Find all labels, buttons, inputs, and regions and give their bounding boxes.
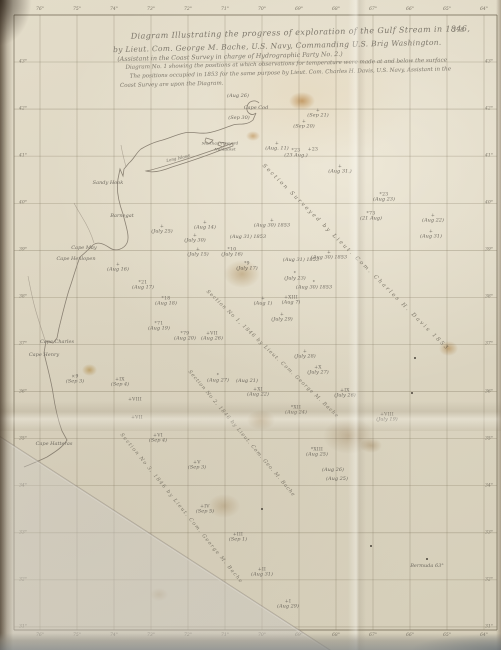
observation-point: +(July 30) [184, 234, 206, 245]
latitude-label-left: 40° [19, 201, 27, 206]
latitude-label-right: 42° [485, 107, 493, 112]
point-date-label: (Sep 4) [149, 439, 167, 445]
point-date-label: (Aug 29) [277, 605, 299, 611]
observation-point: +II(Aug 31) [251, 568, 273, 579]
point-date-label: (Aug 31) [420, 235, 442, 241]
observation-point: +V(Sep 3) [188, 461, 206, 472]
point-date-label: (Aug 30) 1853 [296, 286, 332, 292]
place-label: Cape Cod [244, 105, 269, 111]
latitude-label-left: 38° [19, 295, 27, 300]
point-date-label: (July 27) [307, 371, 329, 377]
point-date-label: (Aug 25) [326, 477, 348, 483]
point-date-label: (July 17) [236, 267, 258, 273]
section-label: Section No 2, 1846 by Lieut. Com. Geo. M… [187, 369, 297, 498]
longitude-label-top: 72° [184, 7, 192, 12]
observation-point: +(Aug 16) [107, 263, 129, 274]
observation-point: *23(23 Aug.) [284, 149, 307, 160]
observation-point: +(July 25) [151, 225, 173, 236]
point-station-numeral: +23 [308, 147, 318, 152]
observation-point: +(Sep 21) [307, 109, 328, 120]
latitude-label-left: 33° [19, 530, 27, 535]
longitude-label-top: 66° [406, 7, 414, 12]
page-number: 378 [452, 26, 464, 34]
observation-point: (Sep 30) [228, 116, 249, 122]
point-date-label: (Aug 27) [207, 379, 229, 385]
ink-speck [414, 357, 416, 359]
observation-point: +I(Aug 29) [277, 600, 299, 611]
point-date-label: (Aug 17) [132, 286, 154, 292]
longitude-label-bottom: 72° [184, 633, 192, 638]
ink-speck [370, 545, 372, 547]
place-label: Cape May [71, 245, 96, 251]
point-date-label: (July 16) [221, 253, 243, 259]
observation-point: +23 [308, 147, 318, 152]
point-date-label: (July 30) [184, 239, 206, 245]
observation-point: *(July 23) [284, 272, 306, 283]
place-label: Nantucket [214, 147, 235, 152]
longitude-label-top: 70° [258, 7, 266, 12]
latitude-label-left: 41° [19, 154, 27, 159]
latitude-label-right: 32° [485, 577, 493, 582]
point-date-label: (Aug 18) [155, 302, 177, 308]
observation-point: +(July 28) [294, 350, 316, 361]
observation-point: +IX(Sep 4) [111, 378, 129, 389]
latitude-label-left: 39° [19, 248, 27, 253]
point-date-label: (Aug 31.) [328, 170, 351, 176]
ink-speck [411, 392, 413, 394]
longitude-label-bottom: 70° [258, 633, 266, 638]
point-date-label: (Aug 14) [194, 226, 216, 232]
point-date-label: (July 19) [376, 418, 398, 424]
point-date-label: (Sep 30) [228, 116, 249, 122]
point-date-label: (Aug 31) 1853 [230, 235, 266, 241]
observation-point: +VII [131, 415, 143, 420]
ink-speck [426, 558, 428, 560]
observation-point: *21(Aug 17) [132, 281, 154, 292]
longitude-label-top: 68° [332, 7, 340, 12]
section-label: Section No 1, 1846 by Lieut. Com. George… [205, 289, 340, 420]
observation-point: +(July 29) [271, 313, 293, 324]
latitude-label-right: 39° [485, 248, 493, 253]
longitude-label-bottom: 68° [332, 633, 340, 638]
point-date-label: (Aug 25) [306, 453, 328, 459]
point-date-label: (Aug 22) [247, 393, 269, 399]
longitude-label-top: 71° [221, 7, 229, 12]
point-date-label: (Aug 22) [422, 219, 444, 225]
observation-point: +IX(July 26) [334, 389, 356, 400]
observation-point: (Aug 26) [322, 468, 344, 474]
observation-point: +VI(Sep 4) [149, 434, 167, 445]
point-date-label: (Aug 16) [107, 268, 129, 274]
latitude-label-left: 37° [19, 342, 27, 347]
latitude-label-right: 34° [485, 483, 493, 488]
observation-point: *71(Aug 19) [148, 322, 170, 333]
observation-point: *73(21 Aug) [360, 212, 382, 223]
longitude-label-bottom: 69° [295, 633, 303, 638]
latitude-label-right: 36° [485, 389, 493, 394]
observation-point: +(Aug 1) [254, 297, 273, 308]
map-labels-layer: 76°76°75°75°74°74°73°73°72°72°71°71°70°7… [0, 0, 501, 650]
longitude-label-bottom: 76° [36, 633, 44, 638]
longitude-label-bottom: 71° [221, 633, 229, 638]
point-date-label: (Aug 31) [251, 573, 273, 579]
latitude-label-left: 34° [19, 483, 27, 488]
longitude-label-bottom: 65° [443, 633, 451, 638]
point-date-label: (23 Aug.) [284, 154, 307, 160]
observation-point: *18(Aug 18) [155, 297, 177, 308]
point-date-label: (Sep 4) [111, 383, 129, 389]
observation-point: (Aug 31) 1853 [283, 258, 319, 264]
latitude-label-right: 41° [485, 154, 493, 159]
observation-point: +(Aug 22) [422, 214, 444, 225]
longitude-label-top: 76° [36, 7, 44, 12]
point-station-numeral: +VII [131, 415, 143, 420]
longitude-label-top: 69° [295, 7, 303, 12]
point-date-label: (Aug 26) [201, 337, 223, 343]
observation-point: +(Aug 31.) [328, 165, 351, 176]
point-date-label: (July 28) [294, 355, 316, 361]
longitude-label-top: 75° [73, 7, 81, 12]
point-date-label: (Aug 24) [285, 411, 307, 417]
observation-point: (Aug 25) [326, 477, 348, 483]
place-label: Sandy Hook [93, 180, 124, 186]
point-date-label: (July 29) [271, 318, 293, 324]
place-label: Long Island [166, 153, 190, 163]
observation-point: ×9(Sep 3) [66, 375, 84, 386]
observation-point: *79(Aug 20) [174, 332, 196, 343]
observation-point: *10(July 16) [221, 248, 243, 259]
latitude-label-left: 42° [19, 107, 27, 112]
point-date-label: (Sep 3) [66, 380, 84, 386]
point-date-label: (Sep 1) [229, 538, 247, 544]
point-date-label: (21 Aug) [360, 217, 382, 223]
observation-point: (Aug 31) 1853 [230, 235, 266, 241]
longitude-label-bottom: 74° [110, 633, 118, 638]
place-label: Marthas Vineyard [202, 141, 238, 146]
ink-speck [261, 508, 263, 510]
scanned-map-sheet: 76°76°75°75°74°74°73°73°72°72°71°71°70°7… [0, 0, 501, 650]
observation-point: (Aug 26) [227, 94, 249, 100]
place-label: Cape Henry [29, 352, 59, 358]
point-date-label: (July 23) [284, 277, 306, 283]
latitude-label-left: 32° [19, 577, 27, 582]
point-date-label: (Aug 1) [254, 302, 273, 308]
observation-point: +III(Sep 1) [229, 533, 247, 544]
section-label: Section No 3, 1846 by Lieut. Com. George… [119, 432, 244, 585]
longitude-label-top: 74° [110, 7, 118, 12]
longitude-label-top: 65° [443, 7, 451, 12]
latitude-label-right: 31° [485, 624, 493, 629]
point-date-label: (July 25) [151, 230, 173, 236]
point-date-label: (Aug 26) [227, 94, 249, 100]
point-station-numeral: +VIII [128, 397, 142, 402]
latitude-label-right: 35° [485, 436, 493, 441]
observation-point: +(Sep 20) [293, 120, 314, 131]
point-date-label: (Sep 20) [293, 125, 314, 131]
observation-point: +IV(Sep 5) [196, 505, 214, 516]
point-date-label: (Aug 30) 1853 [254, 224, 290, 230]
observation-point: +(Aug 31) [420, 230, 442, 241]
latitude-label-left: 35° [19, 436, 27, 441]
point-date-label: (Sep 3) [188, 466, 206, 472]
point-date-label: (July 26) [334, 394, 356, 400]
observation-point: (Aug 21) [236, 379, 258, 385]
place-label: Barnegat [110, 213, 133, 219]
longitude-label-top: 73° [147, 7, 155, 12]
longitude-label-bottom: 64° [480, 633, 488, 638]
point-date-label: (Aug 21) [236, 379, 258, 385]
longitude-label-bottom: 67° [369, 633, 377, 638]
place-label: Cape Hatteras [36, 441, 73, 447]
observation-point: *23(Aug 23) [373, 193, 395, 204]
place-label: Cape Charles [40, 339, 74, 345]
observation-point: +VIII [128, 397, 142, 402]
latitude-label-right: 43° [485, 60, 493, 65]
longitude-label-bottom: 73° [147, 633, 155, 638]
point-date-label: (Aug 20) [174, 337, 196, 343]
point-date-label: (Sep 5) [196, 510, 214, 516]
latitude-label-right: 40° [485, 201, 493, 206]
point-date-label: (Aug 26) [322, 468, 344, 474]
observation-point: +XI(Aug 22) [247, 388, 269, 399]
observation-point: +(July 15) [187, 248, 209, 259]
observation-point: +VII(Aug 26) [201, 332, 223, 343]
latitude-label-left: 43° [19, 60, 27, 65]
point-date-label: (Aug 7) [282, 301, 301, 307]
point-date-label: (Aug 23) [373, 198, 395, 204]
longitude-label-bottom: 66° [406, 633, 414, 638]
observation-point: *XII(Aug 24) [285, 406, 307, 417]
observation-point: +X(July 27) [307, 366, 329, 377]
point-date-label: (Aug 31) 1853 [283, 258, 319, 264]
observation-point: +XIII(Aug 7) [282, 296, 301, 307]
observation-point: +(Aug 30) 1853 [254, 219, 290, 230]
point-date-label: (Aug 19) [148, 327, 170, 333]
observation-point: *(Aug 27) [207, 374, 229, 385]
observation-point: *XIII(Aug 25) [306, 448, 328, 459]
latitude-label-right: 38° [485, 295, 493, 300]
observation-point: *9(July 17) [236, 262, 258, 273]
longitude-label-top: 67° [369, 7, 377, 12]
point-date-label: (July 15) [187, 253, 209, 259]
place-label: Cape Henlopen [56, 256, 95, 262]
latitude-label-left: 36° [19, 389, 27, 394]
place-label: Bermuda 63° [410, 563, 444, 569]
latitude-label-left: 31° [19, 624, 27, 629]
latitude-label-right: 33° [485, 530, 493, 535]
observation-point: +(Aug 14) [194, 221, 216, 232]
longitude-label-bottom: 75° [73, 633, 81, 638]
observation-point: +VIII(July 19) [376, 413, 398, 424]
longitude-label-top: 64° [480, 7, 488, 12]
latitude-label-right: 37° [485, 342, 493, 347]
